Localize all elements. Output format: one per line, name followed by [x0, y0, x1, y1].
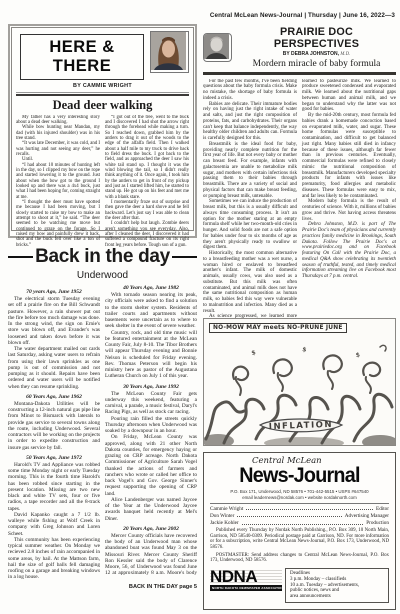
back-in-the-day-item: David Kapanko caught a 7 1/2 lb. walleye…	[8, 512, 100, 537]
back-in-the-day-item: Harold's TV and Appliance was robbed som…	[8, 462, 100, 512]
newspaper-page: Central McLean News-Journal | Thursday |…	[0, 0, 400, 614]
article-paragraph: Modern baby formula is the result of cen…	[302, 199, 396, 222]
prairie-doc-header: PRAIRIE DOC PERSPECTIVES BY DEBRA JOHNST…	[203, 26, 396, 69]
cammie-wright-photo	[150, 31, 189, 73]
back-in-the-day-item: Montana-Dakota Utilities will be constru…	[8, 401, 100, 451]
masthead-contact-line: email leadernews@nordak.com • website no…	[210, 495, 389, 500]
article-paragraph: Breastmilk is the ideal food for baby, p…	[203, 142, 297, 200]
back-in-the-day-item: Country, rock, and old time music will b…	[105, 330, 197, 380]
here-and-there-masthead: HERE & THERE	[20, 34, 144, 80]
article-paragraph: I couldn't help but laugh. Zombie deers …	[105, 221, 189, 248]
prairie-doc-headline: Mordern miracle of baby formula	[237, 59, 396, 69]
prairie-doc-byline: BY DEBRA JOHNSTON, M.D.	[237, 51, 396, 57]
staff-name: Cammie Wright	[210, 506, 243, 512]
logo-main-title: News-Journal	[215, 464, 383, 488]
staff-list: Cammie Wright Editor Don Winter Advertis…	[210, 503, 389, 526]
prairie-doc-body: For the past few months, I've been field…	[203, 79, 396, 329]
back-in-the-day-item: On Friday, McLean County was approved, a…	[105, 434, 197, 497]
svg-text:$: $	[355, 351, 360, 359]
right-dash-rule	[172, 256, 197, 258]
staff-role: Editor	[376, 506, 389, 512]
back-in-the-day-subtitle: Underwood	[8, 270, 197, 281]
back-in-the-day-item: Pouring rain filled the streets quickly …	[105, 416, 197, 435]
newspaper-logo: Central McLean News-Journal	[210, 456, 389, 488]
deadlines-title: Deadlines	[290, 571, 384, 576]
staff-row: Jackie Kohler Production	[210, 520, 389, 526]
back-in-the-day-item: The McLean County Fair gets underway thi…	[105, 391, 197, 416]
deadlines-lines: 3 p.m. Monday – classifieds10 a.m. Tuesd…	[290, 577, 384, 600]
staff-row: Cammie Wright Editor	[210, 506, 389, 512]
masthead-address-line: P.O. Box 171, Underwood, ND 58576 • 701-…	[210, 489, 389, 494]
here-and-there-frame: HERE & THERE BY CAMMIE WRIGHT Dead deer …	[11, 27, 194, 231]
staff-name: Jackie Kohler	[210, 520, 239, 526]
back-in-the-day-item: With tornado season nearing its peak, ci…	[105, 292, 197, 330]
page-header: Central McLean News-Journal | Thursday |…	[210, 12, 395, 19]
back-in-the-day-item: 30 Years Ago, June 1992	[105, 384, 197, 390]
cartoon-drawing: $ $ $ INFLATION	[204, 339, 395, 445]
portrait-illustration	[151, 32, 186, 70]
article-paragraph: “I thought the deer must have spotted me…	[16, 200, 100, 248]
article-paragraph: By the mid-20th century, most formula fe…	[302, 113, 396, 199]
cartoon-caption: NO-MOW MAY meets NO-PRUNE JUNE	[209, 323, 347, 333]
dotted-leader	[242, 524, 364, 525]
deadline-line: area announcements	[290, 594, 384, 600]
here-and-there-byline: BY CAMMIE WRIGHT	[16, 83, 189, 89]
back-in-the-day-item: The water department mailed out cards la…	[8, 346, 100, 390]
back-in-the-day-item: This community has been experiencing typ…	[8, 537, 100, 581]
back-in-the-day-body: 70 years Ago, June 1952The electrical st…	[8, 285, 197, 581]
article-headline: Dead deer walking	[16, 98, 189, 113]
here-and-there-title: HERE & THERE	[49, 38, 114, 75]
here-and-there-article: HERE & THERE BY CAMMIE WRIGHT Dead deer …	[8, 24, 197, 238]
article-paragraph: My father has a very interesting story a…	[16, 115, 100, 126]
back-in-the-day-title: Back in the day	[33, 246, 172, 268]
portrait-illustration	[204, 34, 229, 59]
masthead-box: Central McLean News-Journal P.O. Box 171…	[203, 452, 396, 610]
continuation-line: BACK IN THE DAY page 5	[8, 584, 197, 590]
back-in-the-day-item: 40 Years Ago, June 1982	[105, 285, 197, 291]
deadlines-box: Deadlines 3 p.m. Monday – classifieds10 …	[285, 568, 389, 603]
article-paragraph: “It was late December, it was cold, and …	[16, 141, 100, 157]
staff-role: Advertising Manager	[345, 513, 389, 519]
byline-name: BY DEBRA JOHNSTON,	[283, 51, 339, 57]
byline-credential: M.D.	[340, 52, 350, 57]
staff-name: Don Winter	[210, 513, 234, 519]
prairie-doc-title: PRAIRIE DOC PERSPECTIVES	[237, 26, 396, 50]
article-paragraph: Debra Johnston, M.D. is part of The Prai…	[302, 222, 396, 280]
staff-row: Don Winter Advertising Manager	[210, 513, 389, 519]
article-paragraph: Historically, the most common alternativ…	[203, 251, 297, 314]
article-paragraph: “I had about 10 minutes of hunting left …	[16, 163, 100, 200]
article-paragraph: Sometimes we can induce the production o…	[203, 199, 297, 251]
back-in-the-day-item: 20 Years Ago, June 2002	[105, 526, 197, 532]
back-in-the-day-item: 50 Years Ago, June 1972	[8, 455, 100, 461]
divider-rule	[16, 92, 189, 96]
article-body: My father has a very interesting story a…	[16, 115, 189, 257]
svg-text:$: $	[302, 346, 307, 354]
back-in-the-day-item: 70 years Ago, June 1952	[8, 289, 100, 295]
dotted-leader	[246, 509, 373, 510]
ndna-logo: NDNA NORTH DAKOTA NEWSPAPER ASSOCIATION	[210, 568, 282, 591]
svg-text:$: $	[251, 349, 257, 357]
back-in-the-day-header: Back in the day	[8, 246, 197, 268]
article-paragraph: “I got out of the tree, went to the buck…	[105, 115, 189, 201]
postmaster-text: POSTMASTER: Send address changes to Cent…	[210, 553, 389, 564]
article-paragraph: While bow hunting near Mandan, my dad (w…	[16, 125, 100, 141]
back-in-the-day-item: Alice Landenberger was named Jaycee of t…	[105, 497, 197, 522]
article-paragraph: For the past few months, I've been field…	[203, 79, 297, 102]
editorial-cartoon: NO-MOW MAY meets NO-PRUNE JUNE	[203, 318, 396, 446]
back-in-the-day-item: The electrical storm Tuesday evening set…	[8, 296, 100, 346]
divider-rule	[203, 72, 396, 75]
back-in-the-day-item: 60 Years Ago, June 1962	[8, 394, 100, 400]
staff-role: Production	[366, 520, 389, 526]
debra-johnston-photo	[203, 33, 232, 62]
left-dash-rule	[8, 256, 33, 258]
article-paragraph: I momentarily froze out of surprise and …	[105, 200, 189, 221]
ndna-acronym: NDNA	[210, 568, 282, 585]
dotted-leader	[237, 516, 341, 517]
ndna-tagline: NORTH DAKOTA NEWSPAPER ASSOCIATION	[210, 585, 282, 591]
published-text: Published every Thursday by Nordak North…	[210, 528, 389, 550]
prairie-doc-article: PRAIRIE DOC PERSPECTIVES BY DEBRA JOHNST…	[203, 26, 396, 329]
back-in-the-day-section: Back in the day Underwood 70 years Ago, …	[8, 246, 197, 590]
article-paragraph: Babies are delicate. Their immature bodi…	[203, 102, 297, 142]
